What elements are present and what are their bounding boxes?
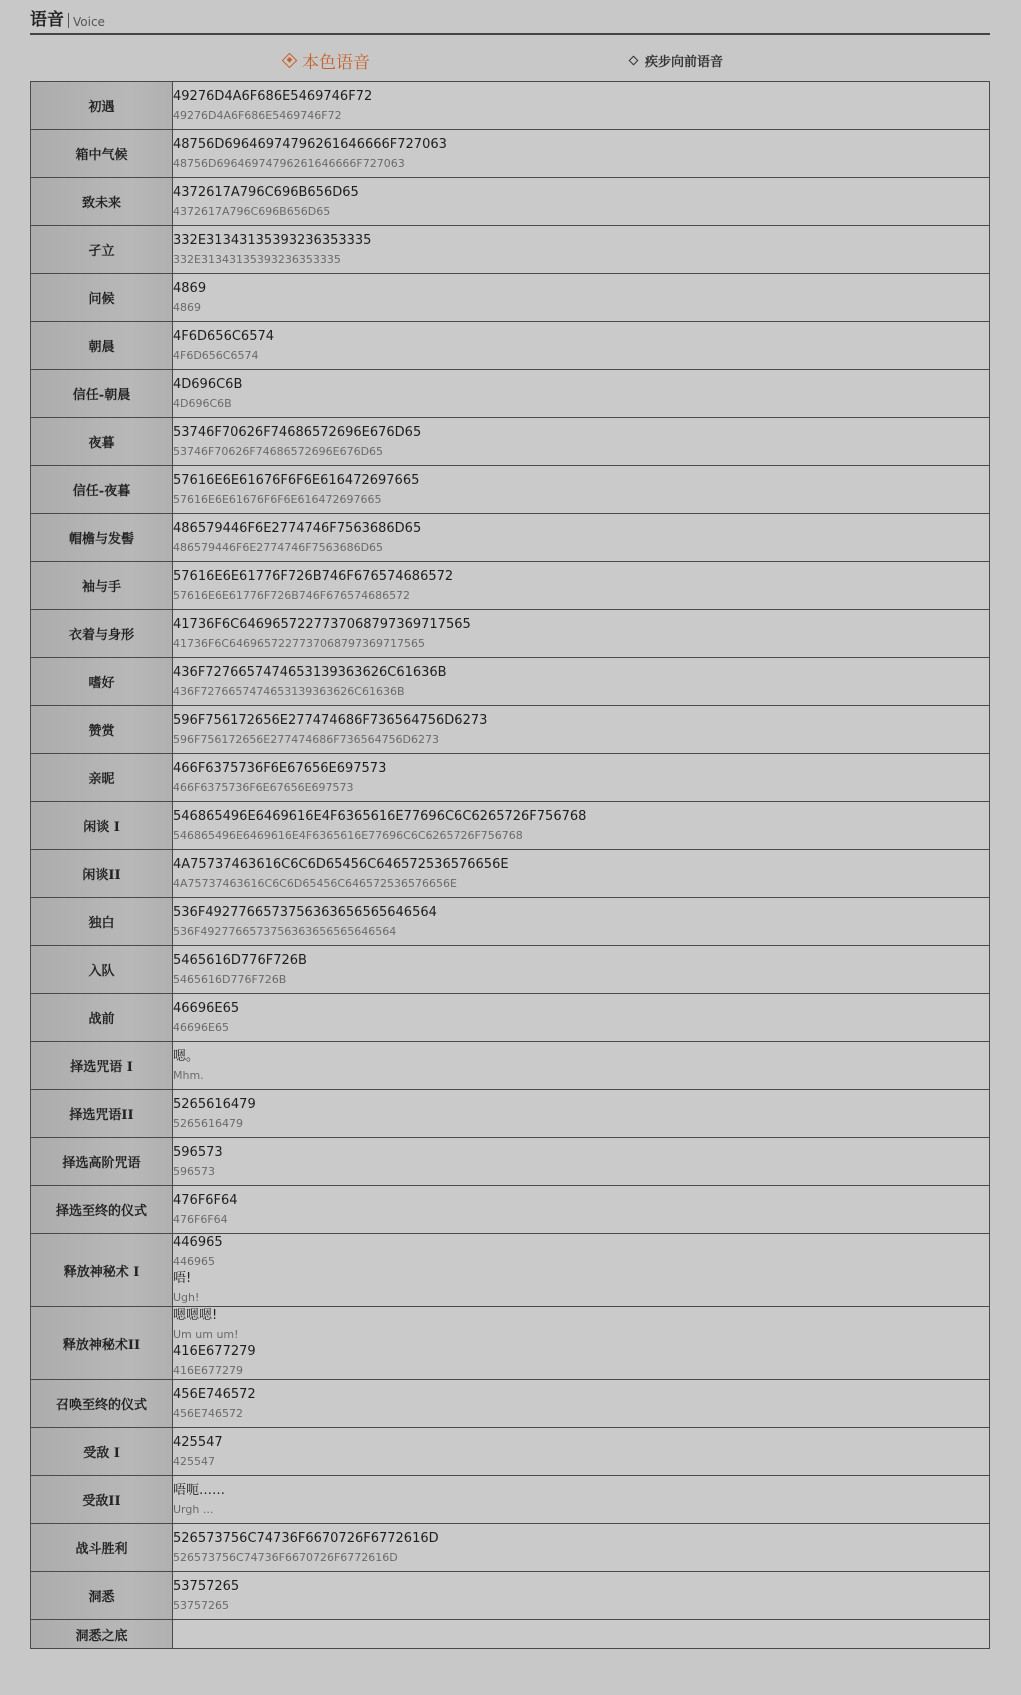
voice-line-title: 洞悉之底 <box>31 1620 173 1649</box>
voice-line-title: 衣着与身形 <box>31 610 173 658</box>
voice-translation: 5465616D776F726B <box>173 972 989 988</box>
table-row: 择选咒语 I嗯。Mhm. <box>31 1042 990 1090</box>
voice-line-title: 致未来 <box>31 178 173 226</box>
voice-text: 332E31343135393236353335 <box>173 232 989 250</box>
table-row: 入队5465616D776F726B5465616D776F726B <box>31 946 990 994</box>
voice-translation: 486579446F6E2774746F7563686D65 <box>173 540 989 556</box>
voice-line-title: 闲谈 I <box>31 802 173 850</box>
voice-text: 436F7276657474653139363626C61636B <box>173 664 989 682</box>
voice-translation: Ugh! <box>173 1290 989 1306</box>
table-row: 嗜好436F7276657474653139363626C61636B436F7… <box>31 658 990 706</box>
voice-translation: Mhm. <box>173 1068 989 1084</box>
voice-line-title: 袖与手 <box>31 562 173 610</box>
voice-line-title: 独白 <box>31 898 173 946</box>
voice-translation: 596F756172656E277474686F736564756D6273 <box>173 732 989 748</box>
table-row: 朝晨4F6D656C65744F6D656C6574 <box>31 322 990 370</box>
voice-line-content: 嗯嗯嗯!Um um um!416E677279416E677279 <box>173 1307 990 1380</box>
voice-translation: 4869 <box>173 300 989 316</box>
voice-line-content: 486579446F6E2774746F7563686D65486579446F… <box>173 514 990 562</box>
voice-tabs: 本色语音 疾步向前语音 <box>30 46 990 74</box>
voice-text: 536F4927766573756363656565646564 <box>173 904 989 922</box>
table-row: 释放神秘术II嗯嗯嗯!Um um um!416E677279416E677279 <box>31 1307 990 1380</box>
voice-text: 416E677279 <box>173 1343 989 1361</box>
voice-translation: 446965 <box>173 1254 989 1270</box>
table-row: 受敌 I425547425547 <box>31 1428 990 1476</box>
voice-line-content: 嗯。Mhm. <box>173 1042 990 1090</box>
voice-text: 446965 <box>173 1234 989 1252</box>
voice-line-content: 596F756172656E277474686F736564756D627359… <box>173 706 990 754</box>
voice-line-title: 择选高阶咒语 <box>31 1138 173 1186</box>
voice-line-title: 信任-朝晨 <box>31 370 173 418</box>
voice-line-content: 476F6F64476F6F64 <box>173 1186 990 1234</box>
voice-line-title: 释放神秘术II <box>31 1307 173 1380</box>
voice-translation: 5265616479 <box>173 1116 989 1132</box>
voice-line-content: 唔呃……Urgh ... <box>173 1476 990 1524</box>
voice-line-content: 536F4927766573756363656565646564536F4927… <box>173 898 990 946</box>
table-row: 信任-朝晨4D696C6B4D696C6B <box>31 370 990 418</box>
section-header: 语音 Voice <box>30 8 990 35</box>
voice-translation: 526573756C74736F6670726F6772616D <box>173 1550 989 1566</box>
voice-text: 4A75737463616C6C6D65456C646572536576656E <box>173 856 989 874</box>
table-row: 战斗胜利526573756C74736F6670726F6772616D5265… <box>31 1524 990 1572</box>
table-row: 择选咒语II52656164795265616479 <box>31 1090 990 1138</box>
voice-line-content: 332E31343135393236353335332E313431353932… <box>173 226 990 274</box>
voice-line-title: 释放神秘术 I <box>31 1234 173 1307</box>
voice-translation: 536F4927766573756363656565646564 <box>173 924 989 940</box>
voice-text: 425547 <box>173 1434 989 1452</box>
voice-line-title: 入队 <box>31 946 173 994</box>
voice-line-title: 朝晨 <box>31 322 173 370</box>
voice-text: 466F6375736F6E67656E697573 <box>173 760 989 778</box>
voice-text: 526573756C74736F6670726F6772616D <box>173 1530 989 1548</box>
table-row: 独白536F4927766573756363656565646564536F49… <box>31 898 990 946</box>
voice-text: 5465616D776F726B <box>173 952 989 970</box>
voice-text: 嗯。 <box>173 1048 989 1066</box>
table-row: 初遇49276D4A6F686E5469746F7249276D4A6F686E… <box>31 82 990 130</box>
table-row: 箱中气候48756D69646974796261646666F727063487… <box>31 130 990 178</box>
voice-translation: 57616E6E61676F6F6E616472697665 <box>173 492 989 508</box>
voice-line-content: 546865496E6469616E4F6365616E77696C6C6265… <box>173 802 990 850</box>
voice-line-title: 择选咒语II <box>31 1090 173 1138</box>
voice-line-content: 4A75737463616C6C6D65456C646572536576656E… <box>173 850 990 898</box>
title-divider <box>68 13 69 28</box>
voice-text: 4F6D656C6574 <box>173 328 989 346</box>
voice-translation: 4372617A796C696B656D65 <box>173 204 989 220</box>
voice-line-title: 孑立 <box>31 226 173 274</box>
voice-translation: 436F7276657474653139363626C61636B <box>173 684 989 700</box>
voice-translation: 46696E65 <box>173 1020 989 1036</box>
voice-translation: 456E746572 <box>173 1406 989 1422</box>
table-row: 致未来4372617A796C696B656D654372617A796C696… <box>31 178 990 226</box>
tab-label: 疾步向前语音 <box>645 51 723 70</box>
table-row: 闲谈 I546865496E6469616E4F6365616E77696C6C… <box>31 802 990 850</box>
voice-text: 嗯嗯嗯! <box>173 1307 989 1325</box>
table-row: 受敌II唔呃……Urgh ... <box>31 1476 990 1524</box>
tab-label: 本色语音 <box>302 48 370 73</box>
voice-line-title: 战前 <box>31 994 173 1042</box>
voice-text: 596F756172656E277474686F736564756D6273 <box>173 712 989 730</box>
voice-translation: 4F6D656C6574 <box>173 348 989 364</box>
voice-line-content: 57616E6E61776F726B746F67657468657257616E… <box>173 562 990 610</box>
table-row: 衣着与身形41736F6C646965722773706879736971756… <box>31 610 990 658</box>
voice-line-title: 帽檐与发髻 <box>31 514 173 562</box>
voice-line-title: 箱中气候 <box>31 130 173 178</box>
diamond-filled-icon <box>282 52 298 68</box>
voice-line-title: 初遇 <box>31 82 173 130</box>
voice-translation: 416E677279 <box>173 1363 989 1379</box>
tab-stride-forward-voice[interactable]: 疾步向前语音 <box>630 46 723 74</box>
voice-translation: 596573 <box>173 1164 989 1180</box>
voice-text: 57616E6E61676F6F6E616472697665 <box>173 472 989 490</box>
voice-line-content: 52656164795265616479 <box>173 1090 990 1138</box>
voice-translation: 48756D69646974796261646666F727063 <box>173 156 989 172</box>
voice-line-title: 嗜好 <box>31 658 173 706</box>
voice-line-content: 53746F70626F74686572696E676D6553746F7062… <box>173 418 990 466</box>
voice-text: 4D696C6B <box>173 376 989 394</box>
voice-text: 4372617A796C696B656D65 <box>173 184 989 202</box>
voice-translation: Urgh ... <box>173 1502 989 1518</box>
voice-line-content: 596573596573 <box>173 1138 990 1186</box>
voice-line-title: 赞赏 <box>31 706 173 754</box>
voice-translation: 4D696C6B <box>173 396 989 412</box>
voice-line-content: 526573756C74736F6670726F6772616D52657375… <box>173 1524 990 1572</box>
voice-text: 4869 <box>173 280 989 298</box>
voice-line-content: 49276D4A6F686E5469746F7249276D4A6F686E54… <box>173 82 990 130</box>
voice-line-content: 5375726553757265 <box>173 1572 990 1620</box>
table-row: 释放神秘术 I446965446965唔!Ugh! <box>31 1234 990 1307</box>
voice-line-content: 5465616D776F726B5465616D776F726B <box>173 946 990 994</box>
voice-translation: Um um um! <box>173 1327 989 1343</box>
voice-line-content: 4D696C6B4D696C6B <box>173 370 990 418</box>
voice-translation: 53746F70626F74686572696E676D65 <box>173 444 989 460</box>
voice-line-title: 夜暮 <box>31 418 173 466</box>
voice-text: 486579446F6E2774746F7563686D65 <box>173 520 989 538</box>
voice-text: 唔! <box>173 1270 989 1288</box>
table-row: 闲谈II4A75737463616C6C6D65456C646572536576… <box>31 850 990 898</box>
table-row: 战前46696E6546696E65 <box>31 994 990 1042</box>
voice-text: 476F6F64 <box>173 1192 989 1210</box>
voice-line-content: 4F6D656C65744F6D656C6574 <box>173 322 990 370</box>
table-row: 洞悉之底 <box>31 1620 990 1649</box>
table-row: 择选至终的仪式476F6F64476F6F64 <box>31 1186 990 1234</box>
voice-text: 5265616479 <box>173 1096 989 1114</box>
voice-translation: 332E31343135393236353335 <box>173 252 989 268</box>
voice-line-content: 425547425547 <box>173 1428 990 1476</box>
voice-line-title: 洞悉 <box>31 1572 173 1620</box>
voice-line-title: 受敌II <box>31 1476 173 1524</box>
voice-line-title: 召唤至终的仪式 <box>31 1380 173 1428</box>
voice-line-content: 48756D69646974796261646666F72706348756D6… <box>173 130 990 178</box>
voice-line-content: 57616E6E61676F6F6E61647269766557616E6E61… <box>173 466 990 514</box>
voice-translation: 466F6375736F6E67656E697573 <box>173 780 989 796</box>
voice-text: 唔呃…… <box>173 1482 989 1500</box>
tab-original-voice[interactable]: 本色语音 <box>284 46 370 74</box>
table-row: 帽檐与发髻486579446F6E2774746F7563686D6548657… <box>31 514 990 562</box>
voice-translation: 546865496E6469616E4F6365616E77696C6C6265… <box>173 828 989 844</box>
voice-line-content: 46696E6546696E65 <box>173 994 990 1042</box>
voice-text: 546865496E6469616E4F6365616E77696C6C6265… <box>173 808 989 826</box>
voice-text: 48756D69646974796261646666F727063 <box>173 136 989 154</box>
voice-text: 57616E6E61776F726B746F676574686572 <box>173 568 989 586</box>
voice-line-content: 48694869 <box>173 274 990 322</box>
section-title: 语音 <box>30 10 64 30</box>
table-row: 择选高阶咒语596573596573 <box>31 1138 990 1186</box>
voice-translation: 425547 <box>173 1454 989 1470</box>
table-row: 袖与手57616E6E61776F726B746F676574686572576… <box>31 562 990 610</box>
voice-line-title: 信任-夜暮 <box>31 466 173 514</box>
voice-text: 53757265 <box>173 1578 989 1596</box>
voice-line-content: 436F7276657474653139363626C61636B436F727… <box>173 658 990 706</box>
table-row: 孑立332E31343135393236353335332E3134313539… <box>31 226 990 274</box>
voice-translation: 476F6F64 <box>173 1212 989 1228</box>
voice-text: 596573 <box>173 1144 989 1162</box>
voice-translation: 57616E6E61776F726B746F676574686572 <box>173 588 989 604</box>
table-row: 赞赏596F756172656E277474686F736564756D6273… <box>31 706 990 754</box>
voice-line-title: 战斗胜利 <box>31 1524 173 1572</box>
voice-line-title: 择选咒语 I <box>31 1042 173 1090</box>
voice-table: 初遇49276D4A6F686E5469746F7249276D4A6F686E… <box>30 81 990 1649</box>
voice-line-content: 4372617A796C696B656D654372617A796C696B65… <box>173 178 990 226</box>
table-row: 夜暮53746F70626F74686572696E676D6553746F70… <box>31 418 990 466</box>
table-row: 召唤至终的仪式456E746572456E746572 <box>31 1380 990 1428</box>
voice-translation: 53757265 <box>173 1598 989 1614</box>
table-row: 亲昵466F6375736F6E67656E697573466F6375736F… <box>31 754 990 802</box>
voice-translation: 49276D4A6F686E5469746F72 <box>173 108 989 124</box>
voice-line-title: 择选至终的仪式 <box>31 1186 173 1234</box>
voice-text: 49276D4A6F686E5469746F72 <box>173 88 989 106</box>
voice-text: 53746F70626F74686572696E676D65 <box>173 424 989 442</box>
table-row: 洞悉5375726553757265 <box>31 1572 990 1620</box>
table-row: 信任-夜暮57616E6E61676F6F6E61647269766557616… <box>31 466 990 514</box>
voice-line-title: 问候 <box>31 274 173 322</box>
table-row: 问候48694869 <box>31 274 990 322</box>
voice-line-title: 亲昵 <box>31 754 173 802</box>
voice-line-title: 闲谈II <box>31 850 173 898</box>
voice-line-content <box>173 1620 990 1649</box>
voice-translation: 4A75737463616C6C6D65456C646572536576656E <box>173 876 989 892</box>
voice-text: 456E746572 <box>173 1386 989 1404</box>
voice-line-title: 受敌 I <box>31 1428 173 1476</box>
voice-text: 41736F6C6469657227737068797369717565 <box>173 616 989 634</box>
voice-line-content: 456E746572456E746572 <box>173 1380 990 1428</box>
voice-translation: 41736F6C6469657227737068797369717565 <box>173 636 989 652</box>
voice-text: 46696E65 <box>173 1000 989 1018</box>
section-subtitle: Voice <box>73 14 105 30</box>
voice-line-content: 466F6375736F6E67656E697573466F6375736F6E… <box>173 754 990 802</box>
voice-line-content: 446965446965唔!Ugh! <box>173 1234 990 1307</box>
voice-line-content: 41736F6C64696572277370687973697175654173… <box>173 610 990 658</box>
diamond-outline-icon <box>629 55 639 65</box>
